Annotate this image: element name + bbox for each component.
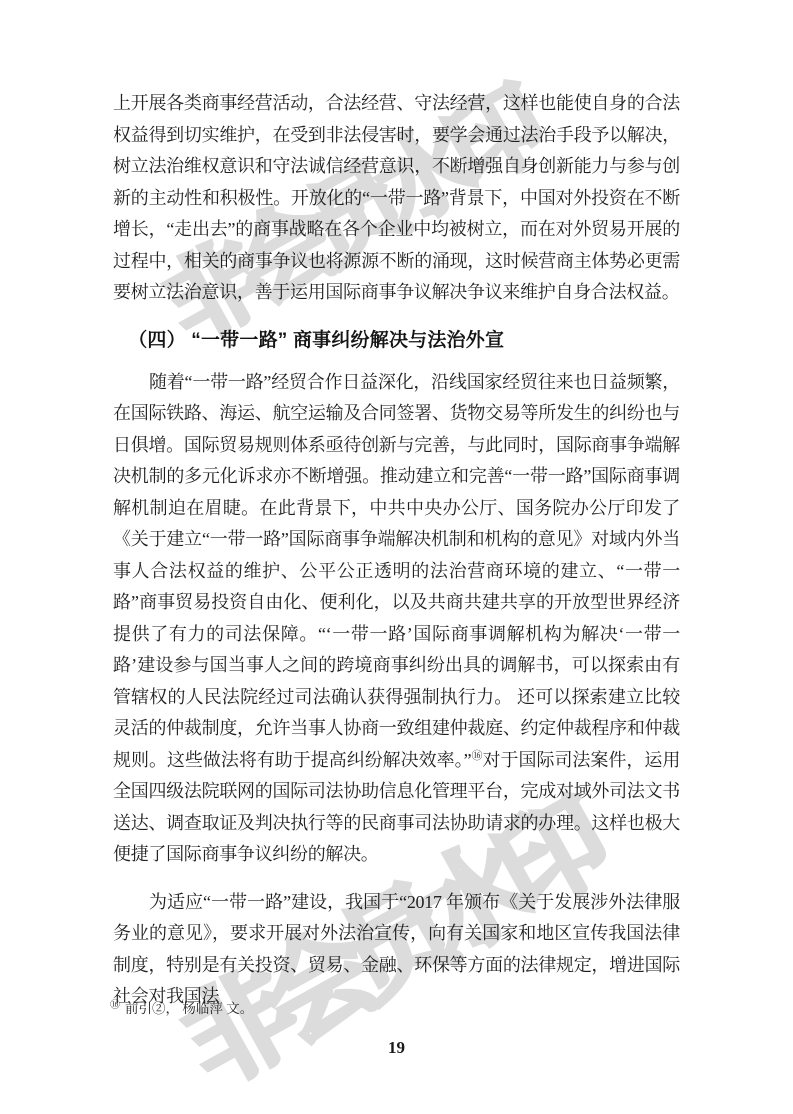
paragraph: 随着“一带一路”经贸合作日益深化，沿线国家经贸往来也日益频繁，在国际铁路、海运、…	[113, 367, 680, 871]
footnote-marker: ⑯	[110, 1000, 120, 1011]
footnote-text: 前引②， 杨临萍 文。	[125, 1001, 253, 1016]
section-heading: （四） “一带一路” 商事纠纷解决与法治外宣	[113, 325, 680, 352]
page-body: 上开展各类商事经营活动，合法经营、守法经营，这样也能使自身的合法权益得到切实维护…	[113, 88, 680, 1013]
document-page: 非会员水印 非会员水印 上开展各类商事经营活动，合法经营、守法经营，这样也能使自…	[0, 0, 793, 1114]
paragraph: 为适应“一带一路”建设，我国于“2017 年颁布《关于发展涉外法律服务业的意见》…	[113, 887, 680, 1013]
footnote: ⑯前引②， 杨临萍 文。	[110, 1000, 677, 1018]
footnote-reference: ⑯	[471, 750, 482, 762]
paragraph-text: 随着“一带一路”经贸合作日益深化，沿线国家经贸往来也日益频繁，在国际铁路、海运、…	[113, 372, 680, 770]
page-number: 19	[0, 1038, 793, 1058]
paragraph: 上开展各类商事经营活动，合法经营、守法经营，这样也能使自身的合法权益得到切实维护…	[113, 88, 680, 309]
